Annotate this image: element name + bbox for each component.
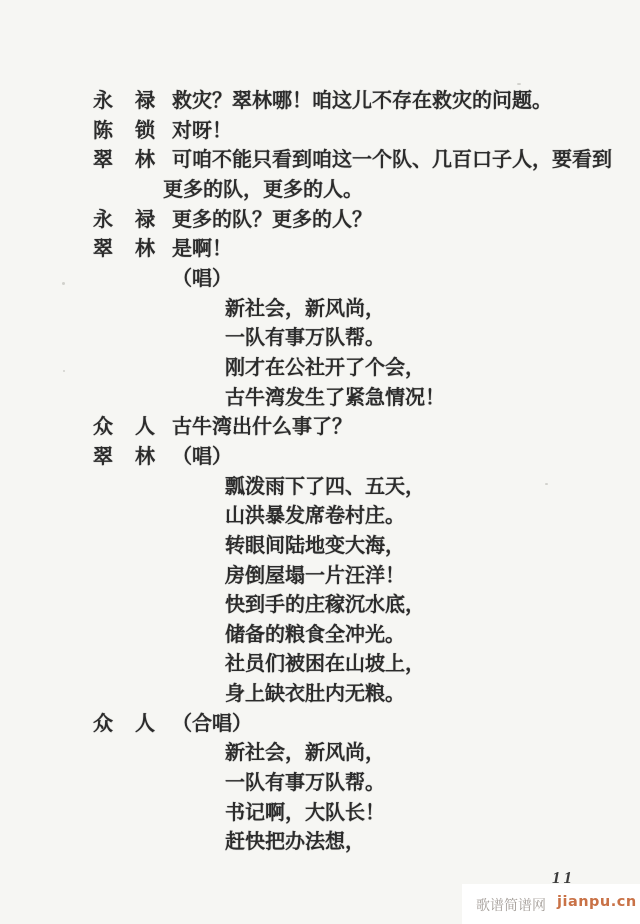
verse-line: 书记啊，大队长！ — [225, 799, 385, 829]
stage-direction: （唱） — [172, 265, 232, 295]
speaker-name-char: 禄 — [135, 87, 155, 117]
speaker-name-char: 永 — [93, 206, 113, 236]
script-line: （唱） — [0, 265, 640, 295]
verse-line: 房倒屋塌一片汪洋！ — [225, 562, 405, 592]
verse-line: 刚才在公社开了个会， — [225, 354, 425, 384]
script-line: 陈锁对呀！ — [0, 117, 640, 147]
script-line: 快到手的庄稼沉水底， — [0, 591, 640, 621]
watermark-site-name: 歌谱简谱网 — [476, 895, 546, 915]
script-line: 身上缺衣肚内无粮。 — [0, 680, 640, 710]
script-line: 赶快把办法想， — [0, 828, 640, 858]
verse-line: 快到手的庄稼沉水底， — [225, 591, 425, 621]
dialogue-text: 可咱不能只看到咱这一个队、几百口子人，要看到 — [172, 146, 612, 176]
dialogue-continuation: 更多的队，更多的人。 — [163, 176, 363, 206]
speaker-name-char: 众 — [93, 413, 113, 443]
speaker-name-char: 禄 — [135, 206, 155, 236]
script-line: 转眼间陆地变大海， — [0, 532, 640, 562]
script-line: 众人古牛湾出什么事了？ — [0, 413, 640, 443]
verse-line: 转眼间陆地变大海， — [225, 532, 405, 562]
scan-speck — [63, 370, 65, 372]
script-line: 众人（合唱） — [0, 710, 640, 740]
dialogue-text: 是啊！ — [172, 235, 232, 265]
script-line: 翠林可咱不能只看到咱这一个队、几百口子人，要看到 — [0, 146, 640, 176]
verse-line: 古牛湾发生了紧急情况！ — [225, 384, 445, 414]
script-line: 储备的粮食全冲光。 — [0, 621, 640, 651]
speaker-name-char: 人 — [135, 710, 155, 740]
speaker-name-char: 林 — [135, 235, 155, 265]
verse-line: 瓢泼雨下了四、五天， — [225, 473, 425, 503]
speaker-name-char: 翠 — [93, 235, 113, 265]
verse-line: 社员们被困在山坡上， — [225, 650, 425, 680]
verse-line: 储备的粮食全冲光。 — [225, 621, 405, 651]
speaker-name-char: 众 — [93, 710, 113, 740]
stage-direction: （唱） — [172, 443, 232, 473]
scan-speck — [545, 483, 548, 485]
verse-line: 山洪暴发席卷村庄。 — [225, 502, 405, 532]
script-line: 书记啊，大队长！ — [0, 799, 640, 829]
scanned-script-page: 永禄救灾？翠林哪！咱这儿不存在救灾的问题。陈锁对呀！翠林可咱不能只看到咱这一个队… — [0, 0, 640, 924]
speaker-name-char: 翠 — [93, 146, 113, 176]
dialogue-text: 古牛湾出什么事了？ — [172, 413, 352, 443]
script-line: 一队有事万队帮。 — [0, 769, 640, 799]
dialogue-text: 救灾？翠林哪！咱这儿不存在救灾的问题。 — [172, 87, 552, 117]
script-line: 刚才在公社开了个会， — [0, 354, 640, 384]
scan-speck — [62, 282, 65, 285]
scan-speck — [517, 83, 521, 85]
script-text-block: 永禄救灾？翠林哪！咱这儿不存在救灾的问题。陈锁对呀！翠林可咱不能只看到咱这一个队… — [0, 87, 640, 858]
script-line: 新社会，新风尚， — [0, 739, 640, 769]
speaker-name-char: 翠 — [93, 443, 113, 473]
speaker-name-char: 永 — [93, 87, 113, 117]
script-line: 更多的队，更多的人。 — [0, 176, 640, 206]
script-line: 山洪暴发席卷村庄。 — [0, 502, 640, 532]
verse-line: 一队有事万队帮。 — [225, 324, 385, 354]
speaker-name-char: 林 — [135, 146, 155, 176]
speaker-name-char: 林 — [135, 443, 155, 473]
script-line: 社员们被困在山坡上， — [0, 650, 640, 680]
script-line: 永禄更多的队？更多的人？ — [0, 206, 640, 236]
script-line: 新社会，新风尚， — [0, 295, 640, 325]
script-line: 房倒屋塌一片汪洋！ — [0, 562, 640, 592]
script-line: 古牛湾发生了紧急情况！ — [0, 384, 640, 414]
dialogue-text: 更多的队？更多的人？ — [172, 206, 372, 236]
verse-line: 赶快把办法想， — [225, 828, 365, 858]
dialogue-text: 对呀！ — [172, 117, 232, 147]
verse-line: 身上缺衣肚内无粮。 — [225, 680, 405, 710]
speaker-name-char: 锁 — [135, 117, 155, 147]
script-line: 永禄救灾？翠林哪！咱这儿不存在救灾的问题。 — [0, 87, 640, 117]
verse-line: 新社会，新风尚， — [225, 739, 385, 769]
watermark-site-url: jianpu.cn — [557, 894, 637, 910]
verse-line: 一队有事万队帮。 — [225, 769, 385, 799]
script-line: 翠林是啊！ — [0, 235, 640, 265]
speaker-name-char: 人 — [135, 413, 155, 443]
stage-direction: （合唱） — [172, 710, 252, 740]
verse-line: 新社会，新风尚， — [225, 295, 385, 325]
script-line: 翠林（唱） — [0, 443, 640, 473]
script-line: 瓢泼雨下了四、五天， — [0, 473, 640, 503]
watermark: 歌谱简谱网 jianpu.cn — [462, 884, 640, 924]
speaker-name-char: 陈 — [93, 117, 113, 147]
script-line: 一队有事万队帮。 — [0, 324, 640, 354]
